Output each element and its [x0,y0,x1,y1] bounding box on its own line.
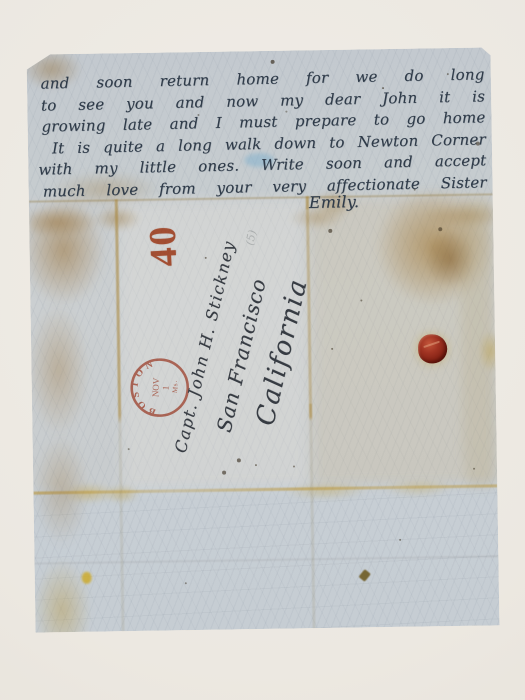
photo-backdrop: and soon return home for we do long to s… [0,0,525,700]
postmark-state-text: Ms. [170,379,180,394]
letter-text-block: and soon return home for we do long to s… [40,64,487,219]
postal-rate-stamp: 40 [142,214,185,278]
ink-specks [26,55,28,57]
horizontal-fold-bottom [33,484,497,494]
stain-right-band [459,197,498,487]
stain-dark-diamond [358,569,371,582]
wax-seal-highlight [423,341,440,348]
vertical-fold-left [115,199,125,631]
address-block: Capt. John H. Stickney San Francisco Cal… [171,226,322,473]
postmark-day: 1 [161,385,171,390]
horizontal-crease-faint [34,555,498,564]
stain-bottom-left [32,559,92,662]
stain-yellow-dot [82,572,92,584]
stain-left-edge-low [32,434,90,547]
svg-text:Ms.: Ms. [170,379,180,394]
ghost-line-texture [33,487,499,632]
stain-left-edge-mid [26,304,90,437]
right-fold-panel [309,197,497,486]
stain-right-edge-seal [478,330,503,372]
wax-seal [418,334,447,363]
fold-stain-band-bottom [33,471,497,506]
stain-upper-right-dark [424,230,475,289]
letter-paper: and soon return home for we do long to s… [26,47,499,632]
postmark-month: NOV [150,377,161,398]
